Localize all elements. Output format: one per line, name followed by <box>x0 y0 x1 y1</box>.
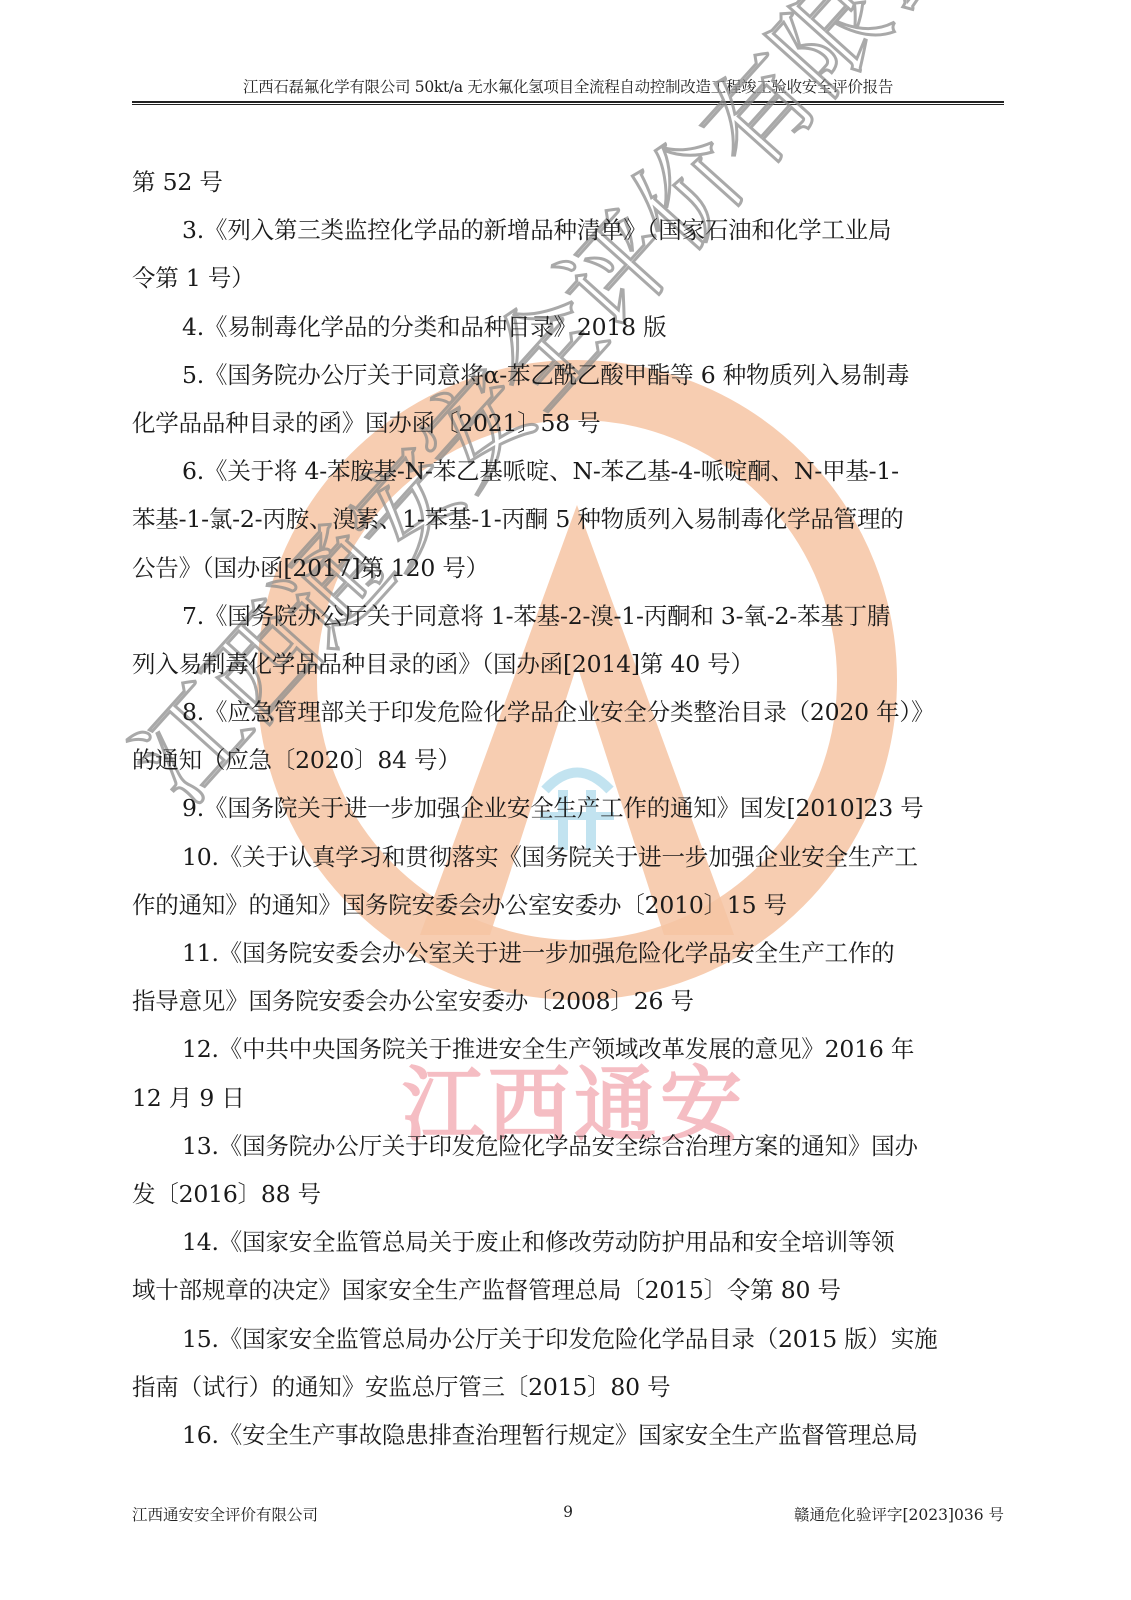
body-line: 14.《国家安全监管总局关于废止和修改劳动防护用品和安全培训等领 <box>132 1218 1004 1266</box>
body-line: 3.《列入第三类监控化学品的新增品种清单》（国家石油和化学工业局 <box>132 206 1004 254</box>
body-line: 列入易制毒化学品品种目录的函》（国办函[2014]第 40 号） <box>132 640 1004 688</box>
body-line: 令第 1 号） <box>132 254 1004 302</box>
body-line: 11.《国务院安委会办公室关于进一步加强危险化学品安全生产工作的 <box>132 929 1004 977</box>
body-line: 域十部规章的决定》国家安全生产监督管理总局〔2015〕令第 80 号 <box>132 1266 1004 1314</box>
body-line: 作的通知》的通知》国务院安委会办公室安委办〔2010〕15 号 <box>132 881 1004 929</box>
body-line: 的通知（应急〔2020〕84 号） <box>132 736 1004 784</box>
body-line: 16.《安全生产事故隐患排查治理暂行规定》国家安全生产监督管理总局 <box>132 1411 1004 1459</box>
body-line: 8.《应急管理部关于印发危险化学品企业安全分类整治目录（2020 年）》 <box>132 688 1004 736</box>
header-divider <box>132 101 1004 105</box>
body-line: 12.《中共中央国务院关于推进安全生产领域改革发展的意见》2016 年 <box>132 1025 1004 1073</box>
page-footer: 江西通安安全评价有限公司 9 赣通危化验评字[2023]036 号 <box>132 1503 1004 1525</box>
body-line: 9.《国务院关于进一步加强企业安全生产工作的通知》国发[2010]23 号 <box>132 784 1004 832</box>
body-line: 4.《易制毒化学品的分类和品种目录》2018 版 <box>132 303 1004 351</box>
body-line: 15.《国家安全监管总局办公厅关于印发危险化学品目录（2015 版）实施 <box>132 1315 1004 1363</box>
body-line: 苯基-1-氯-2-丙胺、溴素、1-苯基-1-丙酮 5 种物质列入易制毒化学品管理… <box>132 495 1004 543</box>
body-line: 10.《关于认真学习和贯彻落实《国务院关于进一步加强企业安全生产工 <box>132 833 1004 881</box>
body-line: 指导意见》国务院安委会办公室安委办〔2008〕26 号 <box>132 977 1004 1025</box>
body-line: 发〔2016〕88 号 <box>132 1170 1004 1218</box>
body-line: 6.《关于将 4-苯胺基-N-苯乙基哌啶、N-苯乙基-4-哌啶酮、N-甲基-1- <box>132 447 1004 495</box>
page-header: 江西石磊氟化学有限公司 50kt/a 无水氟化氢项目全流程自动控制改造工程竣工验… <box>132 76 1004 98</box>
body-line: 13.《国务院办公厅关于印发危险化学品安全综合治理方案的通知》国办 <box>132 1122 1004 1170</box>
body-line: 化学品品种目录的函》国办函〔2021〕58 号 <box>132 399 1004 447</box>
document-body: 第 52 号3.《列入第三类监控化学品的新增品种清单》（国家石油和化学工业局令第… <box>132 158 1004 1459</box>
body-line: 5.《国务院办公厅关于同意将α-苯乙酰乙酸甲酯等 6 种物质列入易制毒 <box>132 351 1004 399</box>
body-line: 第 52 号 <box>132 158 1004 206</box>
footer-doc-number: 赣通危化验评字[2023]036 号 <box>794 1503 1004 1525</box>
body-line: 指南（试行）的通知》安监总厅管三〔2015〕80 号 <box>132 1363 1004 1411</box>
body-line: 7.《国务院办公厅关于同意将 1-苯基-2-溴-1-丙酮和 3-氧-2-苯基丁腈 <box>132 592 1004 640</box>
body-line: 12 月 9 日 <box>132 1074 1004 1122</box>
body-line: 公告》（国办函[2017]第 120 号） <box>132 544 1004 592</box>
